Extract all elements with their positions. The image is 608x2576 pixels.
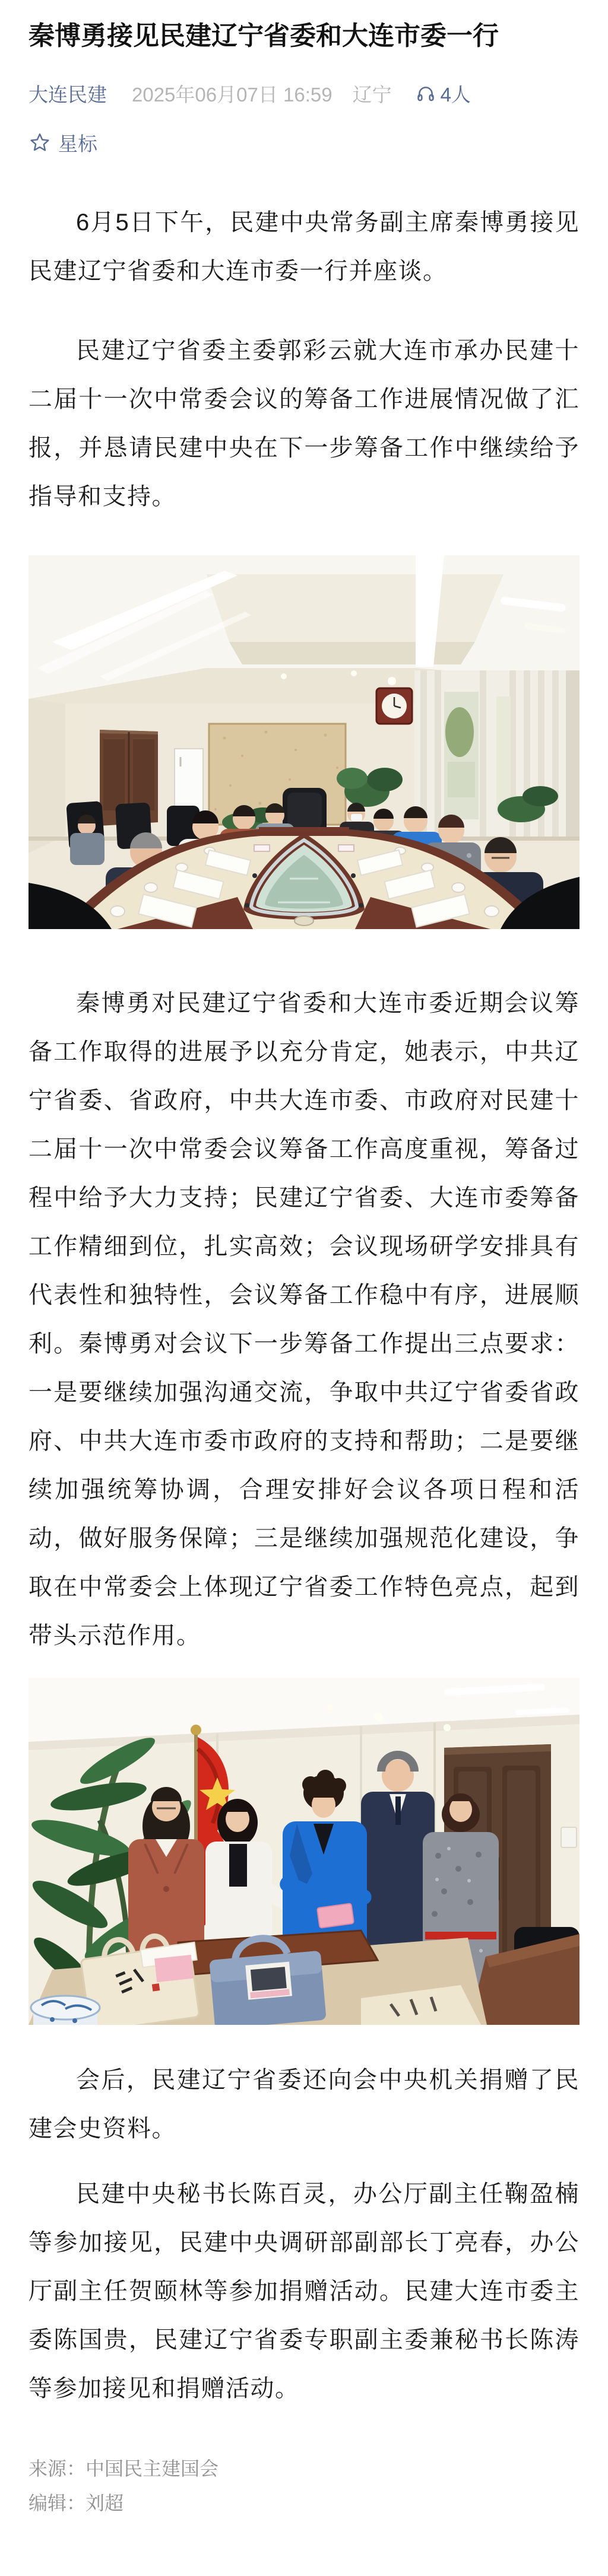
byline: 大连民建 2025年06月07日 16:59 辽宁 4人 bbox=[28, 79, 579, 107]
article-paragraph: 会后，民建辽宁省委还向会中央机关捐赠了民建会史资料。 bbox=[28, 2056, 579, 2153]
article-paragraph: 6月5日下午，民建中央常务副主席秦博勇接见民建辽宁省委和大连市委一行并座谈。 bbox=[28, 198, 579, 295]
article-paragraph: 民建辽宁省委主委郭彩云就大连市承办民建十二届十一次中常委会议的筹备工作进展情况做… bbox=[28, 326, 579, 521]
article-footer: 来源：中国民主建国会 编辑：刘超 bbox=[28, 2456, 579, 2516]
editor-line: 编辑：刘超 bbox=[28, 2490, 579, 2516]
account-link[interactable]: 大连民建 bbox=[28, 79, 107, 107]
publish-region: 辽宁 bbox=[353, 79, 392, 107]
source-line: 来源：中国民主建国会 bbox=[28, 2456, 579, 2482]
porcelain-stool bbox=[31, 1996, 100, 2025]
star-outline-icon bbox=[28, 132, 51, 154]
article-body: 6月5日下午，民建中央常务副主席秦博勇接见民建辽宁省委和大连市委一行并座谈。 民… bbox=[28, 198, 579, 2413]
listeners-count: 4人 bbox=[441, 79, 471, 107]
star-button[interactable]: 星标 bbox=[28, 129, 579, 157]
article-page: 秦博勇接见民建辽宁省委和大连市委一行 大连民建 2025年06月07日 16:5… bbox=[0, 0, 608, 2576]
headphones-icon bbox=[416, 84, 436, 104]
article-paragraph: 民建中央秘书长陈百灵，办公厅副主任鞠盈楠等参加接见，民建中央调研部副部长丁亮春，… bbox=[28, 2170, 579, 2413]
meeting-room-photo[interactable] bbox=[28, 555, 579, 929]
listeners-link[interactable]: 4人 bbox=[416, 79, 471, 107]
page-title: 秦博勇接见民建辽宁省委和大连市委一行 bbox=[28, 18, 579, 55]
donation-illustration bbox=[28, 1678, 579, 2025]
meeting-room-illustration bbox=[28, 555, 579, 929]
article-paragraph: 秦博勇对民建辽宁省委和大连市委近期会议筹备工作取得的进展予以充分肯定，她表示，中… bbox=[28, 979, 579, 1660]
donation-photo[interactable] bbox=[28, 1678, 579, 2025]
publish-time: 2025年06月07日 16:59 bbox=[132, 79, 332, 107]
star-label: 星标 bbox=[58, 129, 97, 157]
